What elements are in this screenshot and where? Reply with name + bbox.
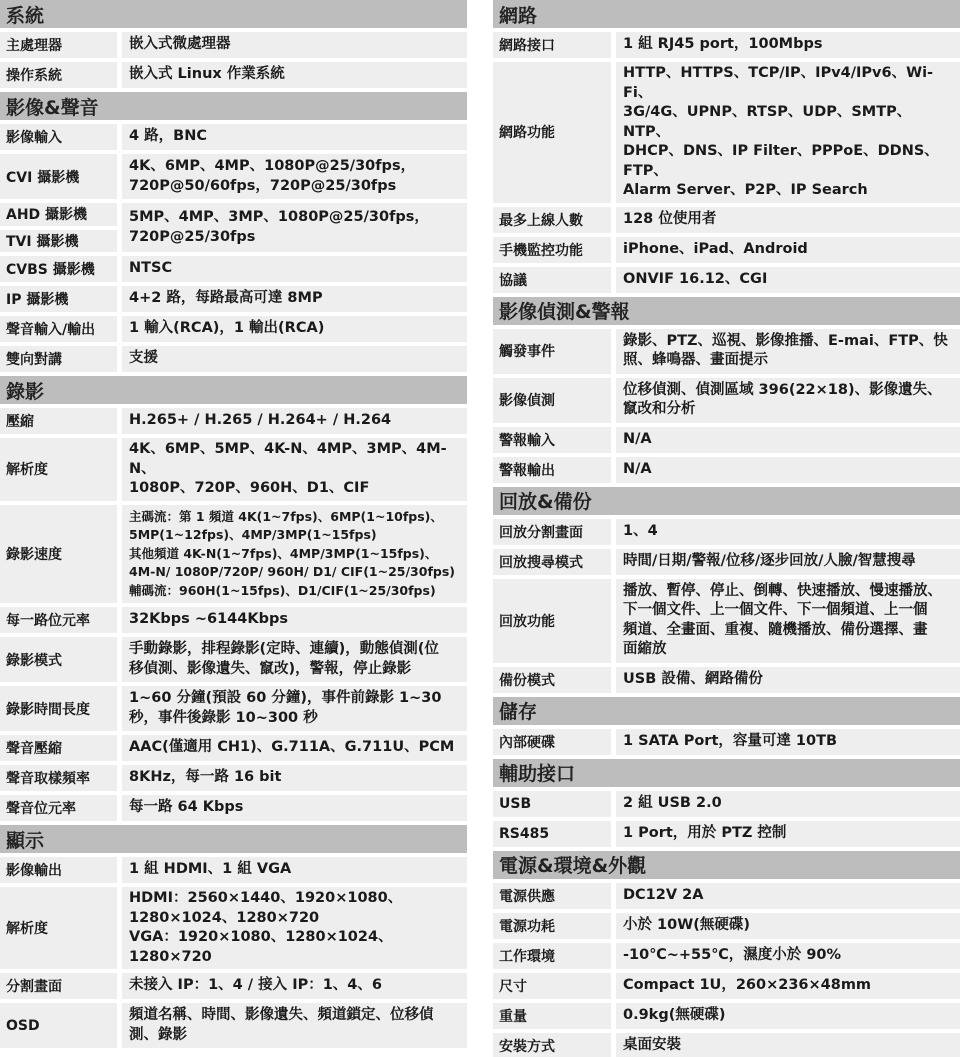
- spec-value: HTTP、HTTPS、TCP/IP、IPv4/IPv6、Wi-Fi、3G/4G、…: [616, 62, 960, 203]
- spec-label: 錄影時間長度: [0, 686, 122, 731]
- spec-label: CVBS 攝影機: [0, 256, 122, 282]
- spec-value-line: 竄改和分析: [623, 400, 954, 420]
- spec-value-line: 頻道名稱、時間、影像遺失、頻道鎖定、位移偵: [129, 1006, 461, 1026]
- section-header: 電源&環境&外觀: [493, 851, 960, 879]
- spec-value: 主碼流：第 1 頻道 4K(1~7fps)、6MP(1~10fps)、5MP(1…: [122, 505, 467, 604]
- spec-value-line: 4K、6MP、5MP、4K-N、4MP、3MP、4M-N、: [129, 440, 461, 479]
- spec-label: RS485: [493, 821, 616, 847]
- spec-label: IP 攝影機: [0, 286, 122, 312]
- spec-value-line: 主碼流：第 1 頻道 4K(1~7fps)、6MP(1~10fps)、: [129, 508, 461, 527]
- spec-value-line: 輔碼流：960H(1~15fps)、D1/CIF(1~25/30fps): [129, 582, 461, 601]
- spec-label: 最多上線人數: [493, 207, 616, 233]
- spec-value: 2 組 USB 2.0: [616, 791, 960, 817]
- spec-value-line: 4 路，BNC: [129, 127, 461, 147]
- spec-row: 聲音取樣頻率8KHz，每一路 16 bit: [0, 765, 467, 791]
- section-header: 網路: [493, 0, 960, 28]
- spec-row: 影像偵測位移偵測、偵測區域 396(22×18)、影像遺失、竄改和分析: [493, 378, 960, 423]
- spec-row: 錄影時間長度1~60 分鐘(預設 60 分鐘)，事件前錄影 1~30秒，事件後錄…: [0, 686, 467, 731]
- spec-value-line: 8KHz，每一路 16 bit: [129, 768, 461, 788]
- section-title: 顯示: [0, 825, 467, 853]
- spec-label: 網路功能: [493, 62, 616, 203]
- spec-row: 內部硬碟1 SATA Port，容量可達 10TB: [493, 729, 960, 755]
- section-title: 影像&聲音: [0, 92, 467, 120]
- spec-label: 網路接口: [493, 32, 616, 58]
- spec-value-line: 時間/日期/警報/位移/逐步回放/人臉/智慧搜尋: [623, 552, 954, 572]
- spec-row: 解析度HDMI：2560×1440、1920×1080、1280×1024、12…: [0, 887, 467, 969]
- spec-label: 聲音取樣頻率: [0, 765, 122, 791]
- spec-value: 1、4: [616, 519, 960, 545]
- spec-label: 影像輸出: [0, 857, 122, 883]
- spec-row: 影像輸入4 路，BNC: [0, 124, 467, 150]
- spec-row: 警報輸入N/A: [493, 427, 960, 453]
- spec-label: 錄影速度: [0, 505, 122, 604]
- spec-label: 警報輸入: [493, 427, 616, 453]
- spec-value-line: 5MP、4MP、3MP、1080P@25/30fps，: [129, 208, 461, 228]
- spec-value-line: 720P@50/60fps，720P@25/30fps: [129, 177, 461, 197]
- spec-value: DC12V 2A: [616, 883, 960, 909]
- spec-value-line: 1280×1024、1280×720: [129, 909, 461, 929]
- section-title: 輔助接口: [493, 759, 960, 787]
- spec-row: 雙向對講支援: [0, 346, 467, 372]
- spec-label: 手機監控功能: [493, 237, 616, 263]
- spec-row: 主處理器嵌入式微處理器: [0, 32, 467, 58]
- spec-value-line: DC12V 2A: [623, 886, 954, 906]
- spec-row: OSD頻道名稱、時間、影像遺失、頻道鎖定、位移偵測、錄影: [0, 1003, 467, 1048]
- section-title: 電源&環境&外觀: [493, 851, 960, 879]
- spec-row: 安裝方式桌面安裝: [493, 1033, 960, 1057]
- spec-row: 觸發事件錄影、PTZ、巡視、影像推播、E-mai、FTP、快照、蜂鳴器、畫面提示: [493, 329, 960, 374]
- spec-value-line: 4+2 路，每路最高可達 8MP: [129, 289, 461, 309]
- spec-row: 影像輸出1 組 HDMI、1 組 VGA: [0, 857, 467, 883]
- spec-value: iPhone、iPad、Android: [616, 237, 960, 263]
- spec-row: 錄影速度主碼流：第 1 頻道 4K(1~7fps)、6MP(1~10fps)、5…: [0, 505, 467, 604]
- spec-row: USB2 組 USB 2.0: [493, 791, 960, 817]
- spec-label: 主處理器: [0, 32, 122, 58]
- section-title: 系統: [0, 0, 467, 28]
- spec-label: 回放分割畫面: [493, 519, 616, 545]
- spec-row: 網路功能HTTP、HTTPS、TCP/IP、IPv4/IPv6、Wi-Fi、3G…: [493, 62, 960, 203]
- spec-value: 8KHz，每一路 16 bit: [122, 765, 467, 791]
- spec-value-line: H.265+ / H.265 / H.264+ / H.264: [129, 411, 461, 431]
- spec-value: HDMI：2560×1440、1920×1080、1280×1024、1280×…: [122, 887, 467, 969]
- spec-value-line: 1 Port，用於 PTZ 控制: [623, 824, 954, 844]
- spec-value-line: 2 組 USB 2.0: [623, 794, 954, 814]
- spec-value: 未接入 IP：1、4 / 接入 IP：1、4、6: [122, 973, 467, 999]
- spec-label: 警報輸出: [493, 457, 616, 483]
- spec-value-line: 4M-N/ 1080P/720P/ 960H/ D1/ CIF(1~25/30f…: [129, 563, 461, 582]
- spec-value: 4K、6MP、4MP、1080P@25/30fps，720P@50/60fps，…: [122, 154, 467, 199]
- spec-value-line: 嵌入式 Linux 作業系統: [129, 65, 461, 85]
- spec-value: -10℃~+55℃，濕度小於 90%: [616, 943, 960, 969]
- spec-value-line: Compact 1U，260×236×48mm: [623, 976, 954, 996]
- spec-value: 錄影、PTZ、巡視、影像推播、E-mai、FTP、快照、蜂鳴器、畫面提示: [616, 329, 960, 374]
- section-title: 錄影: [0, 376, 467, 404]
- spec-value-line: 小於 10W(無硬碟): [623, 916, 954, 936]
- spec-value-line: 1、4: [623, 522, 954, 542]
- spec-value-line: VGA：1920×1080、1280×1024、1280×720: [129, 928, 461, 967]
- spec-value: H.265+ / H.265 / H.264+ / H.264: [122, 408, 467, 434]
- spec-value: N/A: [616, 427, 960, 453]
- spec-label: 錄影模式: [0, 637, 122, 682]
- spec-value-line: 1~60 分鐘(預設 60 分鐘)，事件前錄影 1~30: [129, 689, 461, 709]
- spec-table-left: 系統主處理器嵌入式微處理器操作系統嵌入式 Linux 作業系統影像&聲音影像輸入…: [0, 0, 467, 1052]
- spec-label: 協議: [493, 267, 616, 293]
- spec-column-right: 網路網路接口1 組 RJ45 port，100Mbps網路功能HTTP、HTTP…: [493, 0, 960, 1057]
- section-header: 顯示: [0, 825, 467, 853]
- spec-label: 觸發事件: [493, 329, 616, 374]
- spec-value-line: USB 設備、網路備份: [623, 670, 954, 690]
- spec-value: 支援: [122, 346, 467, 372]
- spec-value-line: 1 輸入(RCA)，1 輸出(RCA): [129, 319, 461, 339]
- spec-value: Compact 1U，260×236×48mm: [616, 973, 960, 999]
- spec-value: 4K、6MP、5MP、4K-N、4MP、3MP、4M-N、1080P、720P、…: [122, 438, 467, 501]
- spec-label: 分割畫面: [0, 973, 122, 999]
- spec-row: 每一路位元率32Kbps ~6144Kbps: [0, 607, 467, 633]
- spec-value-line: 1 組 RJ45 port，100Mbps: [623, 35, 954, 55]
- spec-value: 1 組 HDMI、1 組 VGA: [122, 857, 467, 883]
- spec-value-line: 4K、6MP、4MP、1080P@25/30fps，: [129, 157, 461, 177]
- spec-value-line: NTSC: [129, 259, 461, 279]
- spec-row: 手機監控功能iPhone、iPad、Android: [493, 237, 960, 263]
- section-header: 影像偵測&警報: [493, 297, 960, 325]
- section-title: 網路: [493, 0, 960, 28]
- spec-row: 聲音壓縮AAC(僅適用 CH1)、G.711A、G.711U、PCM: [0, 735, 467, 761]
- section-title: 回放&備份: [493, 487, 960, 515]
- spec-value-line: 32Kbps ~6144Kbps: [129, 610, 461, 630]
- spec-value: 128 位使用者: [616, 207, 960, 233]
- spec-value-line: 嵌入式微處理器: [129, 35, 461, 55]
- spec-label: 聲音壓縮: [0, 735, 122, 761]
- spec-value: 嵌入式 Linux 作業系統: [122, 62, 467, 88]
- spec-value-line: 桌面安裝: [623, 1036, 954, 1056]
- spec-value-line: 1 SATA Port，容量可達 10TB: [623, 732, 954, 752]
- spec-value-line: 0.9kg(無硬碟): [623, 1006, 954, 1026]
- spec-value: 桌面安裝: [616, 1033, 960, 1057]
- spec-label: 解析度: [0, 887, 122, 969]
- spec-label: 影像偵測: [493, 378, 616, 423]
- spec-value: AAC(僅適用 CH1)、G.711A、G.711U、PCM: [122, 735, 467, 761]
- spec-label: 尺寸: [493, 973, 616, 999]
- spec-value: 嵌入式微處理器: [122, 32, 467, 58]
- spec-row: 錄影模式手動錄影，排程錄影(定時、連續)，動態偵測(位移偵測、影像遺失、竄改)，…: [0, 637, 467, 682]
- spec-column-left: 系統主處理器嵌入式微處理器操作系統嵌入式 Linux 作業系統影像&聲音影像輸入…: [0, 0, 467, 1052]
- spec-value-line: 頻道、全畫面、重複、隨機播放、備份選擇、畫: [623, 621, 954, 641]
- spec-row: 備份模式USB 設備、網路備份: [493, 667, 960, 693]
- spec-row: 回放搜尋模式時間/日期/警報/位移/逐步回放/人臉/智慧搜尋: [493, 549, 960, 575]
- section-header: 儲存: [493, 697, 960, 725]
- section-title: 影像偵測&警報: [493, 297, 960, 325]
- spec-value: 播放、暫停、停止、倒轉、快速播放、慢速播放、下一個文件、上一個文件、下一個頻道、…: [616, 579, 960, 663]
- spec-value: 32Kbps ~6144Kbps: [122, 607, 467, 633]
- spec-value-line: -10℃~+55℃，濕度小於 90%: [623, 946, 954, 966]
- spec-value: 0.9kg(無硬碟): [616, 1003, 960, 1029]
- spec-value-line: 3G/4G、UPNP、RTSP、UDP、SMTP、NTP、: [623, 103, 954, 142]
- spec-value: 1 Port，用於 PTZ 控制: [616, 821, 960, 847]
- spec-value: USB 設備、網路備份: [616, 667, 960, 693]
- spec-label: USB: [493, 791, 616, 817]
- spec-label: 影像輸入: [0, 124, 122, 150]
- spec-value: 頻道名稱、時間、影像遺失、頻道鎖定、位移偵測、錄影: [122, 1003, 467, 1048]
- spec-value-line: 播放、暫停、停止、倒轉、快速播放、慢速播放、: [623, 582, 954, 602]
- spec-row: AHD 攝影機5MP、4MP、3MP、1080P@25/30fps，720P@2…: [0, 203, 467, 226]
- spec-label: AHD 攝影機: [0, 203, 122, 226]
- spec-row: IP 攝影機4+2 路，每路最高可達 8MP: [0, 286, 467, 312]
- spec-table-right: 網路網路接口1 組 RJ45 port，100Mbps網路功能HTTP、HTTP…: [493, 0, 960, 1057]
- spec-value-line: 其他頻道 4K-N(1~7fps)、4MP/3MP(1~15fps)、: [129, 545, 461, 564]
- spec-label: 安裝方式: [493, 1033, 616, 1057]
- spec-value: NTSC: [122, 256, 467, 282]
- spec-row: 工作環境-10℃~+55℃，濕度小於 90%: [493, 943, 960, 969]
- spec-row: 分割畫面未接入 IP：1、4 / 接入 IP：1、4、6: [0, 973, 467, 999]
- section-header: 輔助接口: [493, 759, 960, 787]
- spec-label: 重量: [493, 1003, 616, 1029]
- spec-label: 聲音位元率: [0, 795, 122, 821]
- spec-value: 4+2 路，每路最高可達 8MP: [122, 286, 467, 312]
- spec-value: 5MP、4MP、3MP、1080P@25/30fps，720P@25/30fps: [122, 203, 467, 252]
- spec-value-line: 128 位使用者: [623, 210, 954, 230]
- spec-value-line: 移偵測、影像遺失、竄改)，警報，停止錄影: [129, 660, 461, 680]
- spec-label: 備份模式: [493, 667, 616, 693]
- spec-label: 壓縮: [0, 408, 122, 434]
- spec-value-line: iPhone、iPad、Android: [623, 240, 954, 260]
- spec-value-line: N/A: [623, 460, 954, 480]
- spec-row: 壓縮H.265+ / H.265 / H.264+ / H.264: [0, 408, 467, 434]
- spec-row: 聲音位元率每一路 64 Kbps: [0, 795, 467, 821]
- spec-label: 回放搜尋模式: [493, 549, 616, 575]
- spec-row: 聲音輸入/輸出1 輸入(RCA)，1 輸出(RCA): [0, 316, 467, 342]
- spec-value-line: N/A: [623, 430, 954, 450]
- spec-value: 位移偵測、偵測區域 396(22×18)、影像遺失、竄改和分析: [616, 378, 960, 423]
- spec-label: 每一路位元率: [0, 607, 122, 633]
- spec-value-line: 位移偵測、偵測區域 396(22×18)、影像遺失、: [623, 381, 954, 401]
- spec-value-line: 5MP(1~12fps)、4MP/3MP(1~15fps): [129, 526, 461, 545]
- spec-value: 4 路，BNC: [122, 124, 467, 150]
- section-header: 回放&備份: [493, 487, 960, 515]
- spec-row: 重量0.9kg(無硬碟): [493, 1003, 960, 1029]
- spec-row: 警報輸出N/A: [493, 457, 960, 483]
- spec-label: TVI 攝影機: [0, 230, 122, 253]
- spec-value: 1~60 分鐘(預設 60 分鐘)，事件前錄影 1~30秒，事件後錄影 10~3…: [122, 686, 467, 731]
- spec-row: 解析度4K、6MP、5MP、4K-N、4MP、3MP、4M-N、1080P、72…: [0, 438, 467, 501]
- section-header: 錄影: [0, 376, 467, 404]
- spec-row: 最多上線人數128 位使用者: [493, 207, 960, 233]
- spec-label: 聲音輸入/輸出: [0, 316, 122, 342]
- spec-row: CVI 攝影機4K、6MP、4MP、1080P@25/30fps，720P@50…: [0, 154, 467, 199]
- section-title: 儲存: [493, 697, 960, 725]
- section-header: 影像&聲音: [0, 92, 467, 120]
- spec-value-line: ONVIF 16.12、CGI: [623, 270, 954, 290]
- section-header: 系統: [0, 0, 467, 28]
- spec-label: 內部硬碟: [493, 729, 616, 755]
- spec-row: 協議ONVIF 16.12、CGI: [493, 267, 960, 293]
- spec-value: 1 輸入(RCA)，1 輸出(RCA): [122, 316, 467, 342]
- spec-value-line: 手動錄影，排程錄影(定時、連續)，動態偵測(位: [129, 640, 461, 660]
- spec-value-line: HTTP、HTTPS、TCP/IP、IPv4/IPv6、Wi-Fi、: [623, 64, 954, 103]
- spec-value-line: 秒，事件後錄影 10~300 秒: [129, 709, 461, 729]
- spec-value-line: 面縮放: [623, 640, 954, 660]
- spec-row: 網路接口1 組 RJ45 port，100Mbps: [493, 32, 960, 58]
- spec-label: 工作環境: [493, 943, 616, 969]
- spec-label: 操作系統: [0, 62, 122, 88]
- spec-value-line: 錄影、PTZ、巡視、影像推播、E-mai、FTP、快: [623, 332, 954, 352]
- spec-value: 每一路 64 Kbps: [122, 795, 467, 821]
- spec-value-line: 下一個文件、上一個文件、下一個頻道、上一個: [623, 601, 954, 621]
- spec-row: 操作系統嵌入式 Linux 作業系統: [0, 62, 467, 88]
- spec-value-line: Alarm Server、P2P、IP Search: [623, 181, 954, 201]
- spec-value: N/A: [616, 457, 960, 483]
- spec-row: CVBS 攝影機NTSC: [0, 256, 467, 282]
- spec-value: 1 SATA Port，容量可達 10TB: [616, 729, 960, 755]
- spec-value: 小於 10W(無硬碟): [616, 913, 960, 939]
- spec-row: 電源供應DC12V 2A: [493, 883, 960, 909]
- spec-value-line: 未接入 IP：1、4 / 接入 IP：1、4、6: [129, 976, 461, 996]
- spec-value-line: 1 組 HDMI、1 組 VGA: [129, 860, 461, 880]
- spec-value-line: DHCP、DNS、IP Filter、PPPoE、DDNS、FTP、: [623, 142, 954, 181]
- spec-row: 電源功耗小於 10W(無硬碟): [493, 913, 960, 939]
- spec-value: ONVIF 16.12、CGI: [616, 267, 960, 293]
- spec-row: 回放分割畫面1、4: [493, 519, 960, 545]
- spec-label: CVI 攝影機: [0, 154, 122, 199]
- spec-value: 1 組 RJ45 port，100Mbps: [616, 32, 960, 58]
- spec-row: 回放功能播放、暫停、停止、倒轉、快速播放、慢速播放、下一個文件、上一個文件、下一…: [493, 579, 960, 663]
- spec-label: 雙向對講: [0, 346, 122, 372]
- spec-value: 時間/日期/警報/位移/逐步回放/人臉/智慧搜尋: [616, 549, 960, 575]
- spec-value-line: 720P@25/30fps: [129, 228, 461, 248]
- spec-value-line: 照、蜂鳴器、畫面提示: [623, 351, 954, 371]
- spec-value-line: 1080P、720P、960H、D1、CIF: [129, 479, 461, 499]
- spec-value-line: 測、錄影: [129, 1026, 461, 1046]
- spec-value-line: 每一路 64 Kbps: [129, 798, 461, 818]
- spec-label: 回放功能: [493, 579, 616, 663]
- spec-value-line: HDMI：2560×1440、1920×1080、: [129, 889, 461, 909]
- spec-row: RS4851 Port，用於 PTZ 控制: [493, 821, 960, 847]
- spec-label: OSD: [0, 1003, 122, 1048]
- spec-value-line: AAC(僅適用 CH1)、G.711A、G.711U、PCM: [129, 738, 461, 758]
- spec-value: 手動錄影，排程錄影(定時、連續)，動態偵測(位移偵測、影像遺失、竄改)，警報，停…: [122, 637, 467, 682]
- spec-value-line: 支援: [129, 349, 461, 369]
- spec-row: 尺寸Compact 1U，260×236×48mm: [493, 973, 960, 999]
- spec-label: 解析度: [0, 438, 122, 501]
- spec-label: 電源功耗: [493, 913, 616, 939]
- spec-label: 電源供應: [493, 883, 616, 909]
